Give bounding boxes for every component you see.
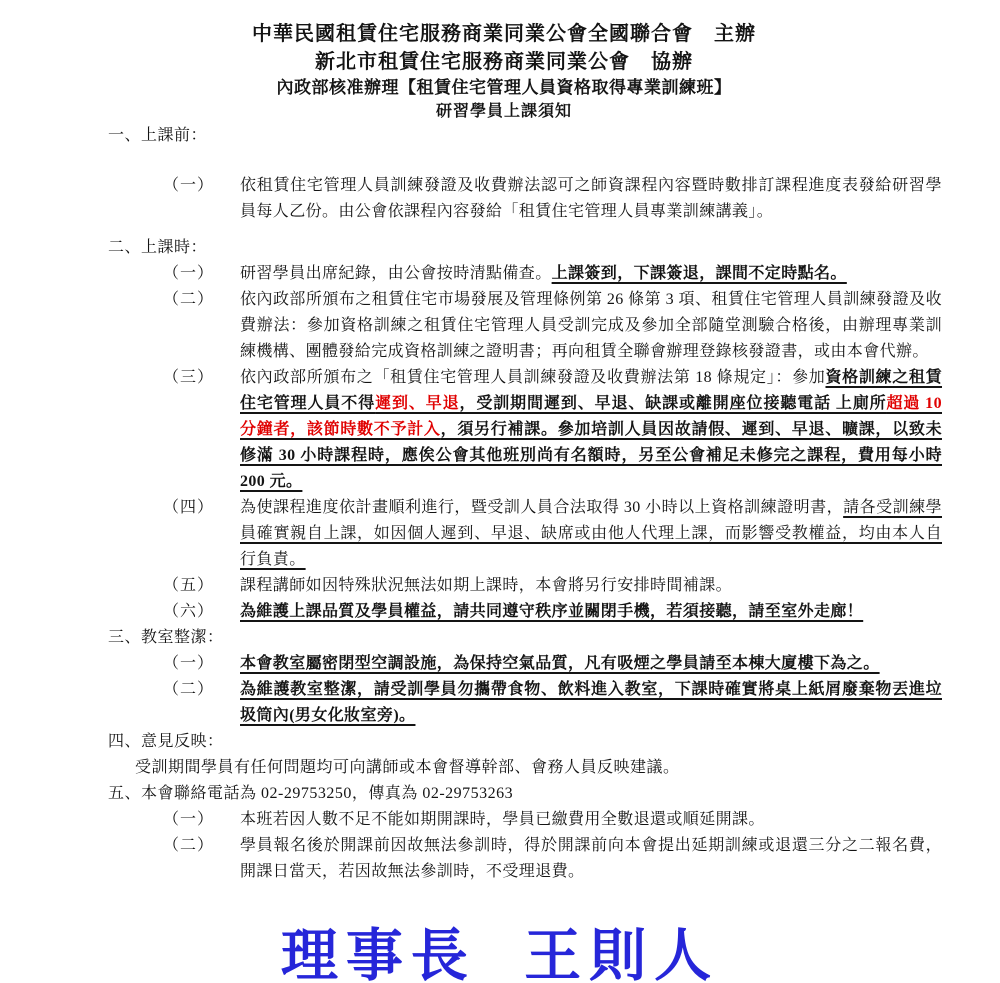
section-during-class: 二、上課時： （一） 研習學員出席紀錄，由公會按時清點備查。上課簽到，下課簽退，… — [108, 235, 942, 625]
text-run: ，受訓期間遲到、早退、缺課或離開座位接聽電話 上廁所 — [460, 395, 887, 412]
approval-title: 內政部核准辦理【租賃住宅管理人員資格取得專業訓練班】 — [58, 76, 950, 100]
list-item: （二） 為維護教室整潔，請受訓學員勿攜帶食物、飲料進入教室，下課時確實將桌上紙屑… — [163, 677, 942, 729]
item-text: 學員報名後於開課前因故無法參訓時，得於開課前向本會提出延期訓練或退還三分之二報名… — [240, 833, 942, 885]
text-run: 依內政部所頒布之「租賃住宅管理人員訓練發證及收費辦法第 18 條規定」：參加 — [240, 369, 825, 386]
item-text: 為使課程進度依計畫順利進行，暨受訓人員合法取得 30 小時以上資格訓練證明書，請… — [240, 495, 942, 573]
item-text: 依內政部所頒布之「租賃住宅管理人員訓練發證及收費辦法第 18 條規定」：參加資格… — [240, 365, 942, 495]
item-number: （一） — [163, 261, 240, 287]
item-text: 為維護上課品質及學員權益，請共同遵守秩序並關閉手機，若須接聽，請至室外走廊！ — [240, 599, 942, 625]
text-run: 依內政部所頒布之租賃住宅市場發展及管理條例第 26 條第 3 項、租賃住宅管理人… — [240, 291, 942, 360]
item-text: 研習學員出席紀錄，由公會按時清點備查。上課簽到，下課簽退，課間不定時點名。 — [240, 261, 942, 287]
text-run: 遲到、早退 — [375, 395, 459, 412]
item-text: 課程講師如因特殊狀況無法如期上課時，本會將另行安排時間補課。 — [240, 573, 942, 599]
section-contact: 五、本會聯絡電話為 02-29753250，傳真為 02-29753263 （一… — [108, 781, 942, 885]
list-item: （二） 依內政部所頒布之租賃住宅市場發展及管理條例第 26 條第 3 項、租賃住… — [163, 287, 942, 365]
item-number: （四） — [163, 495, 240, 521]
item-text: 依內政部所頒布之租賃住宅市場發展及管理條例第 26 條第 3 項、租賃住宅管理人… — [240, 287, 942, 365]
text-run: 研習學員出席紀錄，由公會按時清點備查。 — [240, 265, 552, 282]
item-number: （一） — [163, 807, 240, 833]
item-number: （三） — [163, 365, 240, 391]
feedback-note: 受訓期間學員有任何問題均可向講師或本會督導幹部、會務人員反映建議。 — [135, 755, 942, 781]
list-item: （一） 研習學員出席紀錄，由公會按時清點備查。上課簽到，下課簽退，課間不定時點名… — [163, 261, 942, 287]
document-header: 中華民國租賃住宅服務商業同業公會全國聯合會 主辦 新北市租賃住宅服務商業同業公會… — [58, 20, 950, 123]
text-run: 課程講師如因特殊狀況無法如期上課時，本會將另行安排時間補課。 — [240, 577, 732, 594]
item-text: 本會教室屬密閉型空調設施，為保持空氣品質，凡有吸煙之學員請至本棟大廈樓下為之。 — [240, 651, 942, 677]
list-item: （四） 為使課程進度依計畫順利進行，暨受訓人員合法取得 30 小時以上資格訓練證… — [163, 495, 942, 573]
chairman-signature: 理事長 王則人 — [58, 925, 942, 983]
list-item: （三） 依內政部所頒布之「租賃住宅管理人員訓練發證及收費辦法第 18 條規定」：… — [163, 365, 942, 495]
text-run: 為使課程進度依計畫順利進行，暨受訓人員合法取得 30 小時以上資格訓練證明書， — [240, 499, 843, 516]
item-number: （五） — [163, 573, 240, 599]
item-text: 依租賃住宅管理人員訓練發證及收費辦法認可之師資課程內容暨時數排訂課程進度表發給研… — [240, 173, 942, 225]
section-heading: 四、意見反映： — [108, 729, 942, 755]
section-heading: 二、上課時： — [108, 235, 942, 261]
notice-title: 研習學員上課須知 — [58, 100, 950, 123]
section-before-class: 一、上課前： （一） 依租賃住宅管理人員訓練發證及收費辦法認可之師資課程內容暨時… — [108, 123, 942, 225]
section-heading: 五、本會聯絡電話為 02-29753250，傳真為 02-29753263 — [108, 781, 942, 807]
text-run: 本會教室屬密閉型空調設施，為保持空氣品質，凡有吸煙之學員請至本棟大廈樓下為之。 — [240, 655, 880, 672]
section-heading: 一、上課前： — [108, 123, 942, 149]
item-number: （二） — [163, 677, 240, 703]
text-run: 為維護上課品質及學員權益，請共同遵守秩序並關閉手機，若須接聽，請至室外走廊！ — [240, 603, 863, 620]
text-run: 本班若因人數不足不能如期開課時，學員已繳費用全數退還或順延開課。 — [240, 811, 765, 828]
list-item: （六） 為維護上課品質及學員權益，請共同遵守秩序並關閉手機，若須接聽，請至室外走… — [163, 599, 942, 625]
section-feedback: 四、意見反映： 受訓期間學員有任何問題均可向講師或本會督導幹部、會務人員反映建議… — [108, 729, 942, 781]
item-number: （二） — [163, 287, 240, 313]
list-item: （一） 依租賃住宅管理人員訓練發證及收費辦法認可之師資課程內容暨時數排訂課程進度… — [163, 173, 942, 225]
list-item: （五） 課程講師如因特殊狀況無法如期上課時，本會將另行安排時間補課。 — [163, 573, 942, 599]
section-classroom-cleanliness: 三、教室整潔： （一） 本會教室屬密閉型空調設施，為保持空氣品質，凡有吸煙之學員… — [108, 625, 942, 729]
text-run: 依租賃住宅管理人員訓練發證及收費辦法認可之師資課程內容暨時數排訂課程進度表發給研… — [240, 177, 942, 220]
item-number: （一） — [163, 651, 240, 677]
co-organizer-line: 新北市租賃住宅服務商業同業公會 協辦 — [58, 48, 950, 76]
text-run: 上課簽到，下課簽退，課間不定時點名。 — [552, 265, 847, 282]
item-text: 本班若因人數不足不能如期開課時，學員已繳費用全數退還或順延開課。 — [240, 807, 942, 833]
item-number: （一） — [163, 173, 240, 199]
text-run: 學員報名後於開課前因故無法參訓時，得於開課前向本會提出延期訓練或退還三分之二報名… — [240, 837, 942, 880]
list-item: （一） 本班若因人數不足不能如期開課時，學員已繳費用全數退還或順延開課。 — [163, 807, 942, 833]
item-text: 為維護教室整潔，請受訓學員勿攜帶食物、飲料進入教室，下課時確實將桌上紙屑廢棄物丟… — [240, 677, 942, 729]
text-run: 為維護教室整潔，請受訓學員勿攜帶食物、飲料進入教室，下課時確實將桌上紙屑廢棄物丟… — [240, 681, 942, 724]
item-number: （六） — [163, 599, 240, 625]
organizer-line: 中華民國租賃住宅服務商業同業公會全國聯合會 主辦 — [58, 20, 950, 48]
list-item: （一） 本會教室屬密閉型空調設施，為保持空氣品質，凡有吸煙之學員請至本棟大廈樓下… — [163, 651, 942, 677]
document-page: 中華民國租賃住宅服務商業同業公會全國聯合會 主辦 新北市租賃住宅服務商業同業公會… — [0, 0, 1000, 983]
section-heading: 三、教室整潔： — [108, 625, 942, 651]
list-item: （二） 學員報名後於開課前因故無法參訓時，得於開課前向本會提出延期訓練或退還三分… — [163, 833, 942, 885]
item-number: （二） — [163, 833, 240, 859]
